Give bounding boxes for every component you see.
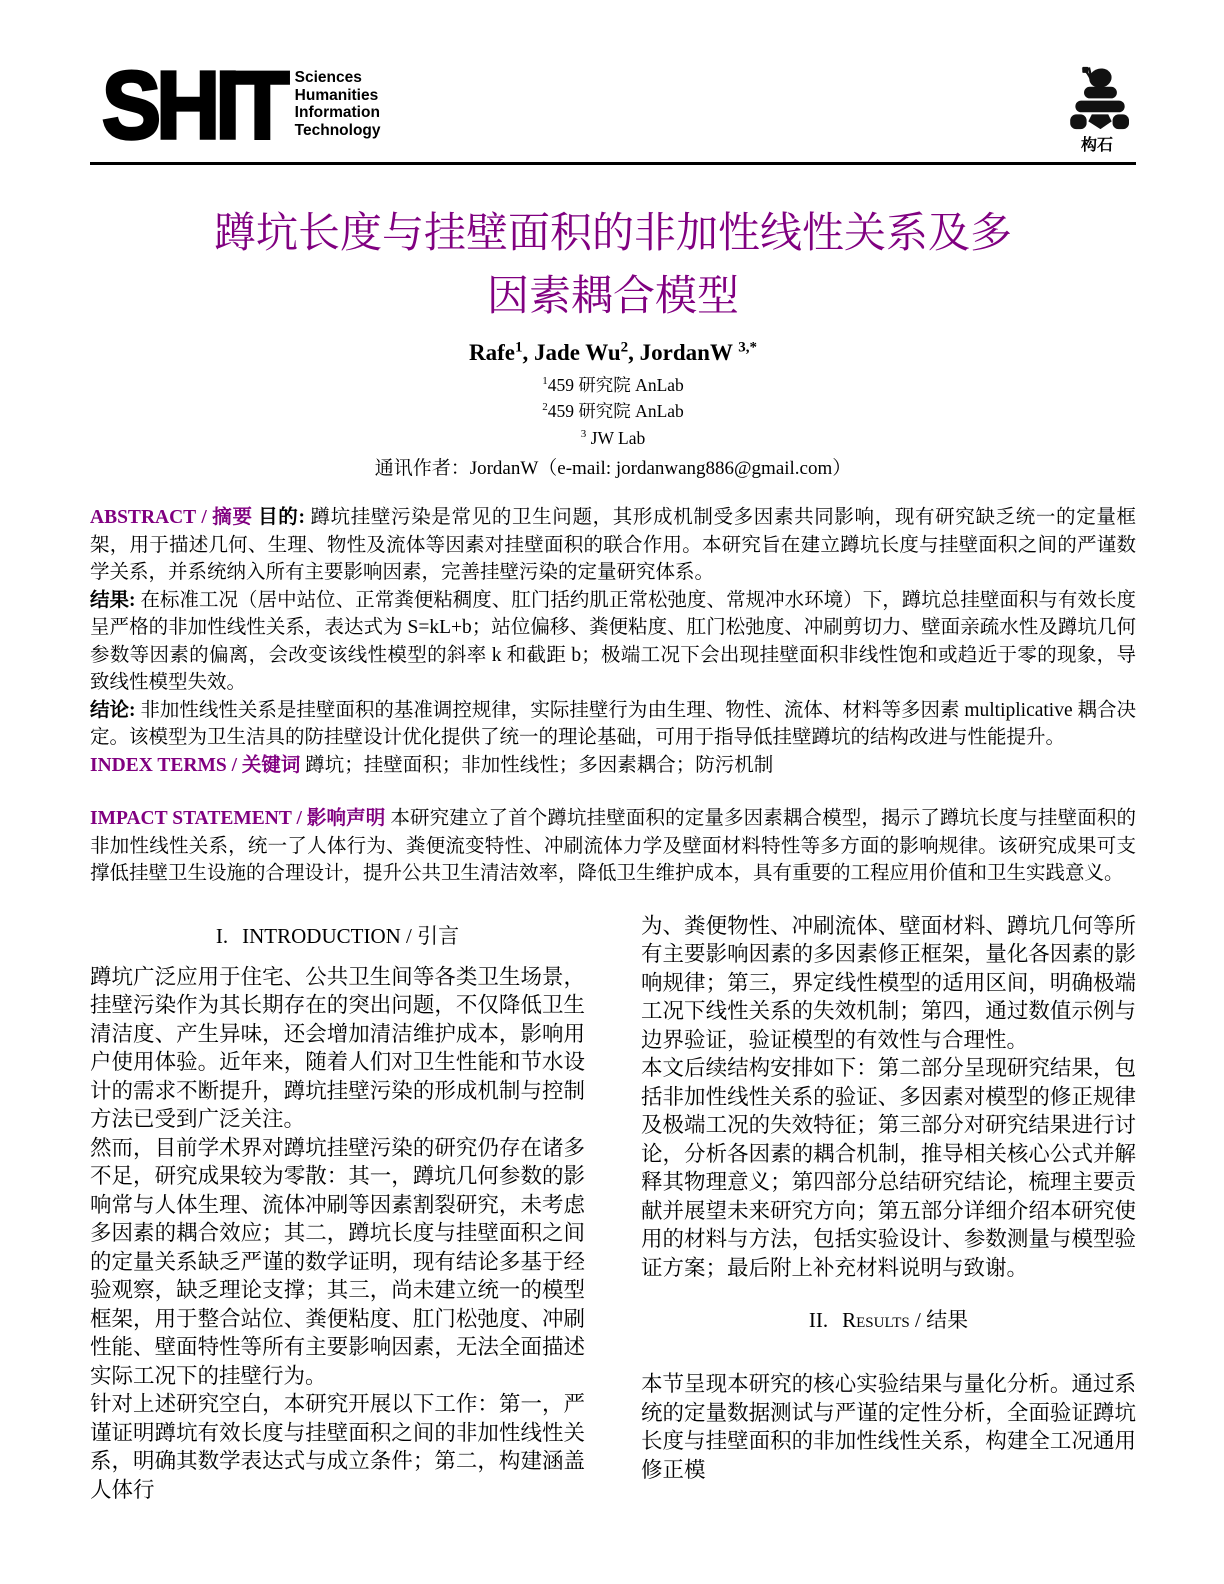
abstract-label-conclusion: 结论: (90, 700, 136, 721)
abstract-paragraph-conclusion: 结论: 非加性线性关系是挂壁面积的基准调控规律，实际挂壁行为由生理、物性、流体、… (90, 697, 1136, 752)
abstract-label-results: 结果: (90, 590, 136, 611)
author-name: Rafe (469, 340, 515, 365)
author-name: JordanW (640, 340, 739, 365)
logo-subtitle-line: Technology (295, 122, 381, 140)
results-heading: II.Results / 结果 (641, 1306, 1136, 1334)
impact-statement-section: IMPACT STATEMENT / 影响声明 本研究建立了首个蹲坑挂壁面积的定… (90, 805, 1136, 888)
results-heading-numeral: II. (809, 1308, 828, 1332)
affiliation-text: 459 研究院 AnLab (548, 374, 684, 394)
rock-pile-icon (1058, 66, 1136, 130)
header-rule (90, 162, 1136, 165)
intro-heading-latin: INTRODUCTION (242, 924, 401, 948)
index-terms-line: INDEX TERMS / 关键词 蹲坑；挂壁面积；非加性线性；多因素耦合；防污… (90, 752, 1136, 780)
author: JordanW 3,* (640, 340, 757, 365)
affiliation-line: 3 JW Lab (90, 423, 1136, 450)
affiliation-line: 2459 研究院 AnLab (90, 396, 1136, 423)
intro-paragraph: 蹲坑广泛应用于住宅、公共卫生间等各类卫生场景，挂壁污染作为其长期存在的突出问题，… (90, 963, 585, 1134)
journal-logo: SHIT (102, 62, 285, 150)
author-superscript: 3,* (738, 339, 757, 355)
results-paragraph: 本节呈现本研究的核心实验结果与量化分析。通过系统的定量数据测试与严谨的定性分析，… (641, 1370, 1136, 1484)
intro-heading: I.INTRODUCTION / 引言 (90, 922, 585, 950)
authors-line: Rafe1, Jade Wu2, JordanW 3,* (90, 339, 1136, 366)
paper-title-line: 蹲坑长度与挂壁面积的非加性线性关系及多 (90, 203, 1136, 266)
impact-statement-paragraph: IMPACT STATEMENT / 影响声明 本研究建立了首个蹲坑挂壁面积的定… (90, 805, 1136, 888)
index-terms-header: INDEX TERMS / 关键词 (90, 755, 300, 776)
index-terms-text: 蹲坑；挂壁面积；非加性线性；多因素耦合；防污机制 (305, 755, 773, 776)
intro-paragraph: 然而，目前学术界对蹲坑挂壁污染的研究仍存在诸多不足，研究成果较为零散：其一，蹲坑… (90, 1134, 585, 1391)
paper-title: 蹲坑长度与挂壁面积的非加性线性关系及多 因素耦合模型 (90, 203, 1136, 329)
logo-subtitle-line: Sciences (295, 69, 381, 87)
body-column-left: I.INTRODUCTION / 引言 蹲坑广泛应用于住宅、公共卫生间等各类卫生… (90, 912, 585, 1505)
journal-logo-subtitle: Sciences Humanities Information Technolo… (295, 62, 381, 139)
intro-paragraph: 针对上述研究空白，本研究开展以下工作：第一，严谨证明蹲坑有效长度与挂壁面积之间的… (90, 1390, 585, 1504)
abstract-section: ABSTRACT / 摘要 目的: 蹲坑挂壁污染是常见的卫生问题，其形成机制受多… (90, 504, 1136, 779)
body-columns: I.INTRODUCTION / 引言 蹲坑广泛应用于住宅、公共卫生间等各类卫生… (90, 912, 1136, 1505)
correspondence-line: 通讯作者：JordanW（e-mail: jordanwang886@gmail… (90, 453, 1136, 480)
intro-heading-cjk: / 引言 (406, 924, 459, 948)
results-heading-cjk: / 结果 (915, 1308, 968, 1332)
body-column-right: 为、粪便物性、冲刷流体、壁面材料、蹲坑几何等所有主要影响因素的多因素修正框架，量… (641, 912, 1136, 1505)
author-separator: , (628, 340, 640, 365)
author-separator: , (522, 340, 534, 365)
abstract-label-objective: 目的: (258, 507, 305, 528)
affiliation-text: JW Lab (586, 428, 645, 448)
masthead: SHIT Sciences Humanities Information Tec… (90, 62, 1136, 165)
abstract-paragraph-results: 结果: 在标准工况（居中站位、正常粪便粘稠度、肛门括约肌正常松弛度、常规冲水环境… (90, 587, 1136, 697)
abstract-paragraph-objective: ABSTRACT / 摘要 目的: 蹲坑挂壁污染是常见的卫生问题，其形成机制受多… (90, 504, 1136, 587)
abstract-header: ABSTRACT / 摘要 (90, 507, 253, 528)
paper-page: SHIT Sciences Humanities Information Tec… (0, 0, 1224, 1584)
affiliation-text: 459 研究院 AnLab (548, 401, 684, 421)
intro-paragraph: 本文后续结构安排如下：第二部分呈现研究结果，包括非加性线性关系的验证、多因素对模… (641, 1054, 1136, 1282)
author: Rafe1, (469, 340, 534, 365)
affiliation-line: 1459 研究院 AnLab (90, 370, 1136, 397)
paper-title-line: 因素耦合模型 (90, 266, 1136, 329)
results-heading-latin: Results (842, 1308, 910, 1332)
impact-statement-header: IMPACT STATEMENT / 影响声明 (90, 808, 385, 829)
logo-subtitle-line: Humanities (295, 87, 381, 105)
intro-paragraph-continued: 为、粪便物性、冲刷流体、壁面材料、蹲坑几何等所有主要影响因素的多因素修正框架，量… (641, 912, 1136, 1055)
abstract-text-results: 在标准工况（居中站位、正常粪便粘稠度、肛门括约肌正常松弛度、常规冲水环境）下，蹲… (90, 590, 1136, 694)
intro-heading-numeral: I. (216, 924, 228, 948)
author-name: Jade Wu (534, 340, 621, 365)
author: Jade Wu2, (534, 340, 640, 365)
publisher-badge-label: 构石 (1058, 132, 1136, 155)
logo-subtitle-line: Information (295, 104, 381, 122)
affiliations: 1459 研究院 AnLab 2459 研究院 AnLab 3 JW Lab (90, 370, 1136, 450)
publisher-badge: 构石 (1058, 62, 1136, 155)
abstract-text-conclusion: 非加性线性关系是挂壁面积的基准调控规律，实际挂壁行为由生理、物性、流体、材料等多… (90, 700, 1136, 749)
